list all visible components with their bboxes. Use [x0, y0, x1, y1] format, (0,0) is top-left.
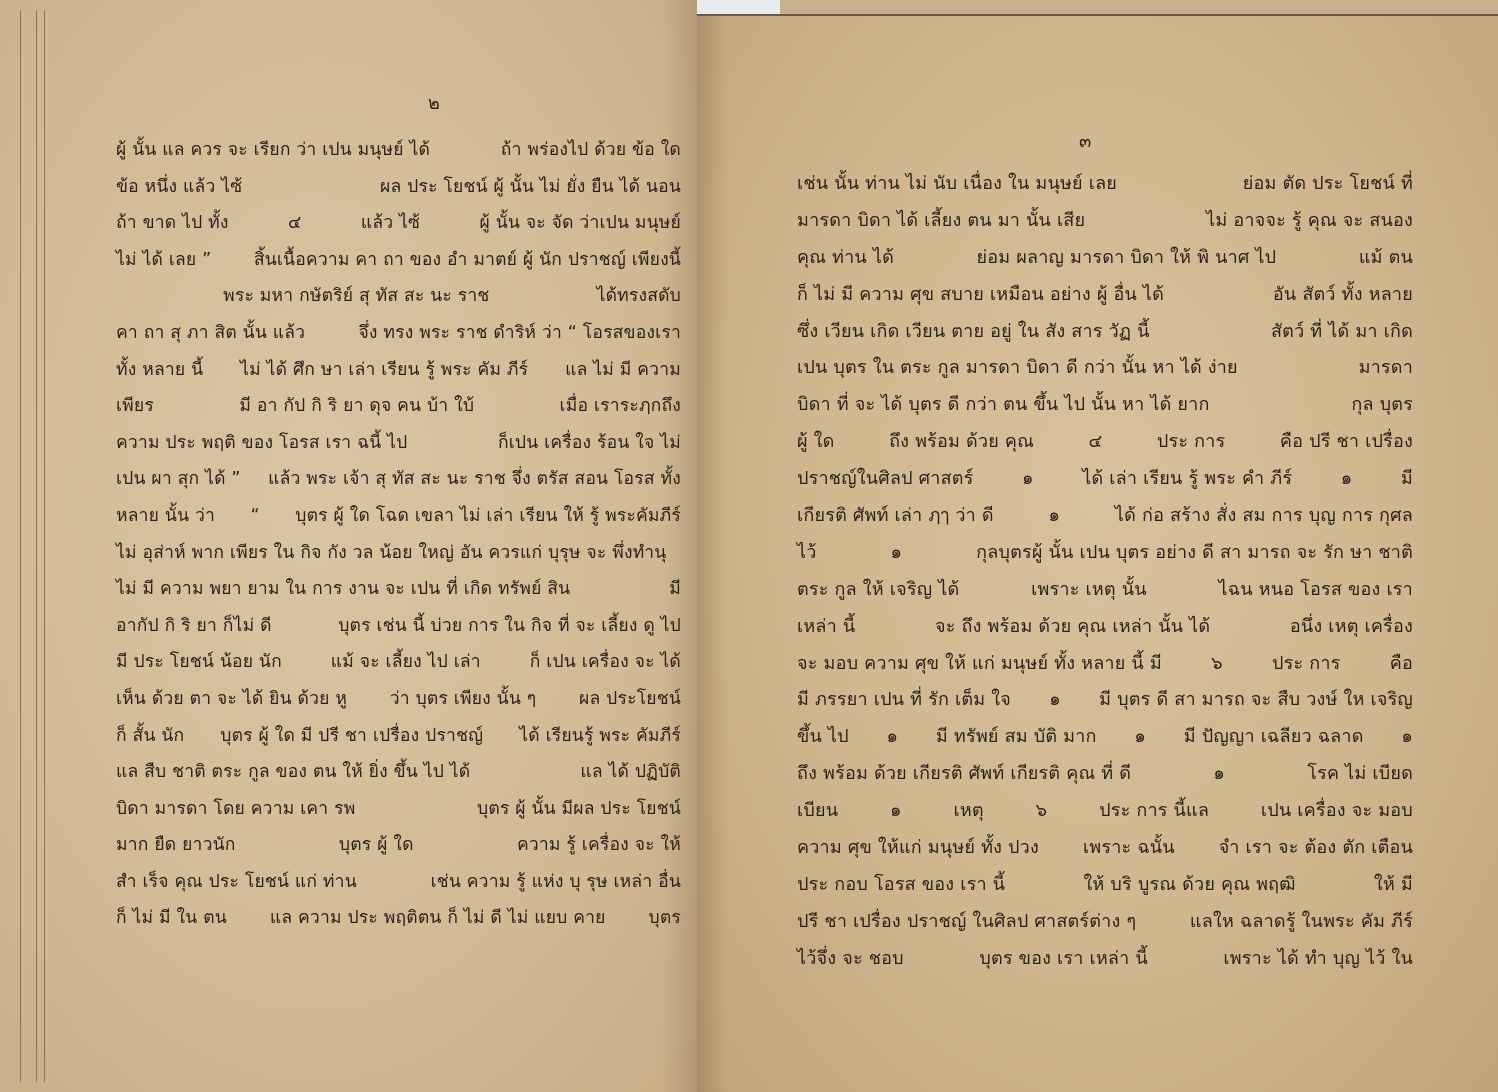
text-line: เช่น นั้น ท่าน ไม่ นับ เนื่อง ใน มนุษย์ … — [797, 166, 1413, 203]
text-segment: เช่น ความ รู้ แห่ง บุ รุษ เหล่า อื่น — [431, 864, 681, 901]
text-line: ทั้ง หลาย นี้ไม่ ได้ ศึก ษา เล่า เรียน ร… — [116, 352, 681, 389]
text-segment: อัน สัตว์ ทั้ง หลาย — [1273, 277, 1413, 314]
text-line: ความ ประ พฤติ ของ โอรส เรา ฉนี้ ไปก็เปน … — [116, 425, 681, 462]
text-line: เห็น ด้วย ตา จะ ได้ ยิน ด้วย หูว่า บุตร … — [116, 681, 681, 718]
text-segment: ไม่ มี ความ พยา ยาม ใน การ งาน จะ เปน ที… — [116, 571, 570, 608]
text-segment: แม้ ตน — [1359, 240, 1413, 277]
text-segment: สิ้นเนื้อความ คา ถา ของ อำ มาตย์ ผู้ นัก… — [254, 242, 681, 279]
text-segment: ก็ เปน เครื่อง จะ ได้ — [530, 644, 681, 681]
text-segment: เหล่า นี้ — [797, 609, 855, 646]
text-segment: บุตร ผู้ นั้น มีผล ประ โยชน์ — [477, 791, 681, 828]
text-segment: มี บุตร ดี สา มารถ จะ สืบ วงษ์ ให เจริญ — [1099, 682, 1413, 719]
text-segment: ถึง พร้อม ด้วย เกียรติ ศัพท์ เกียรติ คุณ… — [797, 756, 1131, 793]
text-segment: ข้อ หนึ่ง แล้ว ไซ้ — [116, 169, 242, 206]
text-segment: มี ประ โยชน์ น้อย นัก — [116, 644, 282, 681]
text-segment: จะ มอบ ความ ศุข ให้ แก่ มนุษย์ ทั้ง หลาย… — [797, 646, 1162, 683]
text-segment: คือ ปรี ชา เปรื่อง — [1280, 424, 1413, 461]
page-edge-stack — [18, 10, 48, 1082]
text-line: คา ถา สุ ภา สิต นั้น แล้วจึ่ง ทรง พระ รา… — [116, 315, 681, 352]
text-segment: เปน เครื่อง จะ มอบ — [1261, 793, 1413, 830]
text-segment: ไม่ ได้ เลย ” — [116, 242, 211, 279]
text-segment: ได้ เรียนรู้ พระ คัมภีร์ — [519, 718, 681, 755]
text-line: ก็ ไม่ มี ความ ศุข สบาย เหมือน อย่าง ผู้… — [797, 277, 1413, 314]
text-segment: ๑ — [891, 535, 903, 572]
text-segment: ให้ บริ บูรณ ด้วย คุณ พฤฒิ — [1083, 867, 1295, 904]
text-line: เกียรติ ศัพท์ เล่า ฦๅ ว่า ดี๑ได้ ก่อ สร้… — [797, 498, 1413, 535]
text-segment: แลให ฉลาดรู้ ในพระ คัม ภีร์ — [1190, 904, 1413, 941]
text-line: ปราชญ์ในศิลป ศาสตร์๑ได้ เล่า เรียน รู้ พ… — [797, 461, 1413, 498]
text-segment: ผู้ นั้น แล ควร จะ เรียก ว่า เปน มนุษย์ … — [116, 132, 430, 169]
text-segment: หลาย นั้น ว่า — [116, 498, 215, 535]
text-segment: มี ทรัพย์ สม บัติ มาก — [936, 719, 1097, 756]
text-segment: ปรี ชา เปรื่อง ปราชญ์ ในศิลป ศาสตร์ต่าง … — [797, 904, 1136, 941]
text-segment: ๑ — [1341, 461, 1353, 498]
text-line: ซึ่ง เวียน เกิด เวียน ตาย อยู่ ใน สัง สา… — [797, 314, 1413, 351]
text-segment: อากัป กิ ริ ยา ก็ไม่ ดี — [116, 608, 272, 645]
text-segment: บิดา มารดา โดย ความ เคา รพ — [116, 791, 355, 828]
page-number: ๓ — [1079, 126, 1091, 155]
text-line: เบียน๑เหตุ๖ประ การ นี้แลเปน เครื่อง จะ ม… — [797, 793, 1413, 830]
text-segment: ไว้จึ่ง จะ ชอบ — [797, 941, 904, 978]
text-segment: ย่อม ตัด ประ โยชน์ ที่ — [1243, 166, 1413, 203]
text-line: บิดา ที่ จะ ได้ บุตร ดี กว่า ตน ขึ้น ไป … — [797, 387, 1413, 424]
text-line: ขึ้น ไป๑มี ทรัพย์ สม บัติ มาก๑มี ปัญญา เ… — [797, 719, 1413, 756]
text-segment: แล ความ ประ พฤติตน ก็ ไม่ ดี ไม่ แยบ คาย — [270, 900, 606, 937]
text-segment: มี ปัญญา เฉลียว ฉลาด — [1184, 719, 1364, 756]
text-segment: เมื่อ เราระฦกถึง — [560, 388, 681, 425]
text-line: มี ประ โยชน์ น้อย นักแม้ จะ เลี้ยง ไป เล… — [116, 644, 681, 681]
text-segment: ถ้า ขาด ไป ทั้ง — [116, 205, 229, 242]
text-segment: ผู้ นั้น จะ จัด ว่าเปน มนุษย์ — [480, 205, 681, 242]
text-segment: ก็ ไม่ มี ความ ศุข สบาย เหมือน อย่าง ผู้… — [797, 277, 1164, 314]
text-segment: ๑ — [890, 793, 902, 830]
text-line: บิดา มารดา โดย ความ เคา รพบุตร ผู้ นั้น … — [116, 791, 681, 828]
text-segment: แล้ว พระ เจ้า สุ ทัส สะ นะ ราช จึ่ง ตรัส… — [268, 461, 681, 498]
text-segment: ได้ ก่อ สร้าง สั่ง สม การ บุญ การ กุศล — [1115, 498, 1413, 535]
right-page: ๓ เช่น นั้น ท่าน ไม่ นับ เนื่อง ใน มนุษย… — [697, 14, 1498, 1092]
text-segment: สำ เร็จ คุณ ประ โยชน์ แก่ ท่าน — [116, 864, 357, 901]
text-segment: แล้ว ไซ้ — [361, 205, 420, 242]
text-line: ตระ กูล ให้ เจริญ ได้เพราะ เหตุ นั้นไฉน … — [797, 572, 1413, 609]
text-segment: ๔ — [1089, 424, 1103, 461]
text-segment: บุตร ผู้ ใด — [339, 827, 414, 864]
text-segment: ไม่ อาจจะ รู้ คุณ จะ สนอง — [1206, 203, 1413, 240]
text-segment: คา ถา สุ ภา สิต นั้น แล้ว — [116, 315, 305, 352]
text-segment: จะ ถึง พร้อม ด้วย คุณ เหล่า นั้น ได้ — [935, 609, 1210, 646]
text-segment: แล ไม่ มี ความ — [565, 352, 681, 389]
text-line: ความ ศุข ให้แก่ มนุษย์ ทั้ง ปวงเพราะ ฉนั… — [797, 830, 1413, 867]
text-line: เหล่า นี้จะ ถึง พร้อม ด้วย คุณ เหล่า นั้… — [797, 609, 1413, 646]
text-segment: ไฉน หนอ โอรส ของ เรา — [1219, 572, 1413, 609]
text-line: ถึง พร้อม ด้วย เกียรติ ศัพท์ เกียรติ คุณ… — [797, 756, 1413, 793]
text-line: จะ มอบ ความ ศุข ให้ แก่ มนุษย์ ทั้ง หลาย… — [797, 646, 1413, 683]
text-segment: ไว้ — [797, 535, 817, 572]
text-line: อากัป กิ ริ ยา ก็ไม่ ดีบุตร เช่น นี้ บ่ว… — [116, 608, 681, 645]
text-segment: ถึง พร้อม ด้วย คุณ — [889, 424, 1034, 461]
text-segment: มารดา บิดา ได้ เลี้ยง ตน มา นั้น เสีย — [797, 203, 1085, 240]
text-line: ไม่ มี ความ พยา ยาม ใน การ งาน จะ เปน ที… — [116, 571, 681, 608]
text-segment: จึ่ง ทรง พระ ราช ดำริห์ ว่า “ โอรสของเรา — [358, 315, 681, 352]
text-segment: เช่น นั้น ท่าน ไม่ นับ เนื่อง ใน มนุษย์ … — [797, 166, 1117, 203]
text-segment: ความ ศุข ให้แก่ มนุษย์ ทั้ง ปวง — [797, 830, 1039, 867]
text-segment: บิดา ที่ จะ ได้ บุตร ดี กว่า ตน ขึ้น ไป … — [797, 387, 1210, 424]
text-segment: มี ภรรยา เปน ที่ รัก เต็ม ใจ — [797, 682, 1011, 719]
text-line: ไม่ อุส่าห์ พาก เพียร ใน กิจ กัง วล น้อย… — [116, 535, 681, 572]
text-line: ผู้ ใดถึง พร้อม ด้วย คุณ๔ประ การคือ ปรี … — [797, 424, 1413, 461]
text-line: ไว้จึ่ง จะ ชอบบุตร ของ เรา เหล่า นี้เพรา… — [797, 941, 1413, 978]
text-line: ถ้า ขาด ไป ทั้ง๔แล้ว ไซ้ผู้ นั้น จะ จัด … — [116, 205, 681, 242]
text-line: ไว้๑กุลบุตรผู้ นั้น เปน บุตร อย่าง ดี สา… — [797, 535, 1413, 572]
text-segment: ก็ ไม่ มี ใน ตน — [116, 900, 227, 937]
text-segment: ๖ — [1036, 793, 1048, 830]
text-segment: ก็ สั้น นัก — [116, 718, 184, 755]
text-segment: ผล ประโยชน์ — [579, 681, 681, 718]
text-segment: เกียรติ ศัพท์ เล่า ฦๅ ว่า ดี — [797, 498, 994, 535]
text-segment: บุตร — [649, 900, 681, 937]
text-segment: ๑ — [1049, 498, 1061, 535]
text-segment: เพราะ เหตุ นั้น — [1031, 572, 1147, 609]
text-segment: เพราะ ได้ ทำ บุญ ไว้ ใน — [1223, 941, 1413, 978]
text-segment: ประ การ — [1272, 646, 1341, 683]
text-segment: บุตร ผู้ ใด มี ปรี ชา เปรื่อง ปราชญ์ — [220, 718, 483, 755]
left-page-text: ผู้ นั้น แล ควร จะ เรียก ว่า เปน มนุษย์ … — [116, 132, 681, 937]
text-segment: เปน ผา สุก ได้ ” — [116, 461, 241, 498]
text-line: คุณ ท่าน ได้ย่อม ผลาญ มารดา บิดา ให้ พิ … — [797, 240, 1413, 277]
text-line: พระ มหา กษัตริย์ สุ ทัส สะ นะ ราชได้ทรงส… — [116, 278, 681, 315]
text-segment: กุลบุตรผู้ นั้น เปน บุตร อย่าง ดี สา มาร… — [976, 535, 1413, 572]
text-segment: ประ การ นี้แล — [1099, 793, 1209, 830]
text-segment: “ — [251, 498, 260, 535]
text-segment: พระ มหา กษัตริย์ สุ ทัส สะ นะ ราช — [223, 278, 489, 315]
text-segment: ๑ — [1134, 719, 1146, 756]
text-segment: มารดา — [1359, 350, 1413, 387]
text-segment: สัตว์ ที่ ได้ มา เกิด — [1271, 314, 1413, 351]
text-segment: ไม่ ได้ ศึก ษา เล่า เรียน รู้ พระ คัม ภี… — [240, 352, 528, 389]
text-line: ผู้ นั้น แล ควร จะ เรียก ว่า เปน มนุษย์ … — [116, 132, 681, 169]
text-segment: เปน บุตร ใน ตระ กูล มารดา บิดา ดี กว่า น… — [797, 350, 1238, 387]
text-segment: คือ — [1390, 646, 1413, 683]
text-segment: ประ กอบ โอรส ของ เรา นี้ — [797, 867, 1005, 904]
text-line: ไม่ ได้ เลย ”สิ้นเนื้อความ คา ถา ของ อำ … — [116, 242, 681, 279]
text-segment: เหตุ — [954, 793, 984, 830]
text-segment: ๑ — [887, 719, 899, 756]
left-page: ๒ ผู้ นั้น แล ควร จะ เรียก ว่า เปน มนุษย… — [0, 0, 697, 1092]
text-segment: ซึ่ง เวียน เกิด เวียน ตาย อยู่ ใน สัง สา… — [797, 314, 1150, 351]
text-segment: เพราะ ฉนั้น — [1083, 830, 1175, 867]
text-segment: ๑ — [1022, 461, 1034, 498]
text-line: แล สืบ ชาติ ตระ กูล ของ ตน ให้ ยิ่ง ขึ้น… — [116, 754, 681, 791]
text-segment: มี — [1401, 461, 1413, 498]
text-segment: ว่า บุตร เพียง นั้น ๆ — [390, 681, 537, 718]
text-segment: ย่อม ผลาญ มารดา บิดา ให้ พิ นาศ ไป — [977, 240, 1277, 277]
text-segment: ได้ทรงสดับ — [597, 278, 681, 315]
page-number: ๒ — [428, 88, 440, 117]
text-segment: มาก ยืด ยาวนัก — [116, 827, 236, 864]
text-segment: บุตร ของ เรา เหล่า นี้ — [979, 941, 1148, 978]
text-segment: ถ้า พร่องไป ด้วย ข้อ ใด — [501, 132, 681, 169]
text-segment: ประ การ — [1157, 424, 1226, 461]
text-line: มารดา บิดา ได้ เลี้ยง ตน มา นั้น เสียไม่… — [797, 203, 1413, 240]
right-page-text: เช่น นั้น ท่าน ไม่ นับ เนื่อง ใน มนุษย์ … — [797, 166, 1413, 978]
text-segment: ๔ — [288, 205, 301, 242]
text-segment: ๑ — [1401, 719, 1413, 756]
text-segment: อนึ่ง เหตุ เครื่อง — [1290, 609, 1413, 646]
text-segment: บุตร เช่น นี้ บ่วย การ ใน กิจ ที่ จะ เลี… — [338, 608, 681, 645]
text-segment: ไม่ อุส่าห์ พาก เพียร ใน กิจ กัง วล น้อย… — [116, 535, 666, 572]
text-segment: จำ เรา จะ ต้อง ตัก เตือน — [1219, 830, 1413, 867]
text-line: ก็ ไม่ มี ใน ตนแล ความ ประ พฤติตน ก็ ไม่… — [116, 900, 681, 937]
text-segment: ผล ประ โยชน์ ผู้ นั้น ไม่ ยั่ง ยืน ได้ น… — [380, 169, 681, 206]
text-line: เปน ผา สุก ได้ ”แล้ว พระ เจ้า สุ ทัส สะ … — [116, 461, 681, 498]
text-segment: ๑ — [1049, 682, 1061, 719]
text-line: มี ภรรยา เปน ที่ รัก เต็ม ใจ๑มี บุตร ดี … — [797, 682, 1413, 719]
text-segment: ๖ — [1211, 646, 1223, 683]
text-segment: ปราชญ์ในศิลป ศาสตร์ — [797, 461, 974, 498]
text-line: เปน บุตร ใน ตระ กูล มารดา บิดา ดี กว่า น… — [797, 350, 1413, 387]
text-segment: เห็น ด้วย ตา จะ ได้ ยิน ด้วย หู — [116, 681, 347, 718]
text-segment: ผู้ ใด — [797, 424, 835, 461]
text-segment: ทั้ง หลาย นี้ — [116, 352, 203, 389]
text-line: ก็ สั้น นักบุตร ผู้ ใด มี ปรี ชา เปรื่อง… — [116, 718, 681, 755]
text-segment: กุล บุตร — [1351, 387, 1413, 424]
text-line: หลาย นั้น ว่า“บุตร ผู้ ใด โฉด เขลา ไม่ เ… — [116, 498, 681, 535]
text-line: เพียรมี อา กัป กิ ริ ยา ดุจ คน บ้า ใบ้เม… — [116, 388, 681, 425]
text-segment: คุณ ท่าน ได้ — [797, 240, 894, 277]
text-segment: เพียร — [116, 388, 154, 425]
text-segment: เบียน — [797, 793, 838, 830]
text-segment: ให้ มี — [1374, 867, 1413, 904]
text-segment: ความ ประ พฤติ ของ โอรส เรา ฉนี้ ไป — [116, 425, 407, 462]
text-segment: ได้ เล่า เรียน รู้ พระ คำ ภีร์ — [1082, 461, 1292, 498]
text-segment: แม้ จะ เลี้ยง ไป เล่า — [331, 644, 481, 681]
text-segment: บุตร ผู้ ใด โฉด เขลา ไม่ เล่า เรียน ให้ … — [295, 498, 681, 535]
text-segment: มี อา กัป กิ ริ ยา ดุจ คน บ้า ใบ้ — [239, 388, 474, 425]
text-segment: แล สืบ ชาติ ตระ กูล ของ ตน ให้ ยิ่ง ขึ้น… — [116, 754, 470, 791]
text-segment: ตระ กูล ให้ เจริญ ได้ — [797, 572, 959, 609]
text-segment: แล ได้ ปฏิบัติ — [580, 754, 681, 791]
text-segment: ๑ — [1213, 756, 1225, 793]
text-line: ข้อ หนึ่ง แล้ว ไซ้ผล ประ โยชน์ ผู้ นั้น … — [116, 169, 681, 206]
text-line: ปรี ชา เปรื่อง ปราชญ์ ในศิลป ศาสตร์ต่าง … — [797, 904, 1413, 941]
text-line: ประ กอบ โอรส ของ เรา นี้ให้ บริ บูรณ ด้ว… — [797, 867, 1413, 904]
text-line: มาก ยืด ยาวนักบุตร ผู้ ใดความ รู้ เครื่อ… — [116, 827, 681, 864]
text-segment: มี — [669, 571, 681, 608]
text-segment: ขึ้น ไป — [797, 719, 849, 756]
text-segment: โรค ไม่ เบียด — [1307, 756, 1413, 793]
text-segment: ก็เปน เครื่อง ร้อน ใจ ไม่ — [498, 425, 681, 462]
text-segment: ความ รู้ เครื่อง จะ ให้ — [517, 827, 681, 864]
text-line: สำ เร็จ คุณ ประ โยชน์ แก่ ท่านเช่น ความ … — [116, 864, 681, 901]
